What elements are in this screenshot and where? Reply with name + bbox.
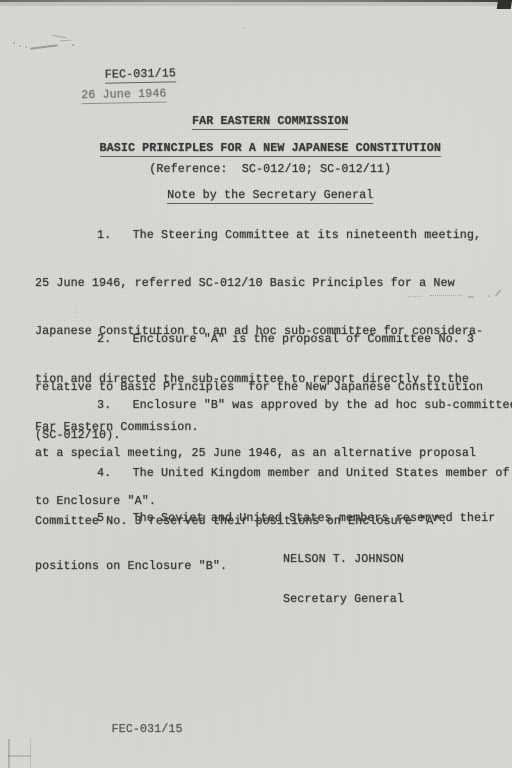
signature-block: NELSON T. JOHNSON Secretary General	[283, 527, 404, 632]
signature-name: NELSON T. JOHNSON	[283, 553, 404, 567]
document-header: FEC-031/15 26 June 1946	[0, 0, 251, 102]
paragraph-line: 3. Enclosure "B" was approved by the ad …	[97, 399, 512, 421]
paragraph-line: positions on Enclosure "B".	[35, 560, 495, 582]
footer-document-number: FEC-031/15	[83, 710, 183, 749]
paragraph-line: 1. The Steering Committee at its ninetee…	[97, 229, 483, 251]
document-page: FEC-031/15 26 June 1946 FAR EASTERN COMM…	[0, 0, 512, 768]
signature-title: Secretary General	[283, 593, 404, 607]
paragraph-5: 5. The Soviet and United States members …	[35, 486, 495, 608]
paragraph-line: 25 June 1946, referred SC-012/10 Basic P…	[35, 277, 483, 299]
scan-corner-mark-top-right	[497, 0, 512, 9]
paragraph-line: 2. Enclosure "A" is the proposal of Comm…	[97, 333, 483, 355]
